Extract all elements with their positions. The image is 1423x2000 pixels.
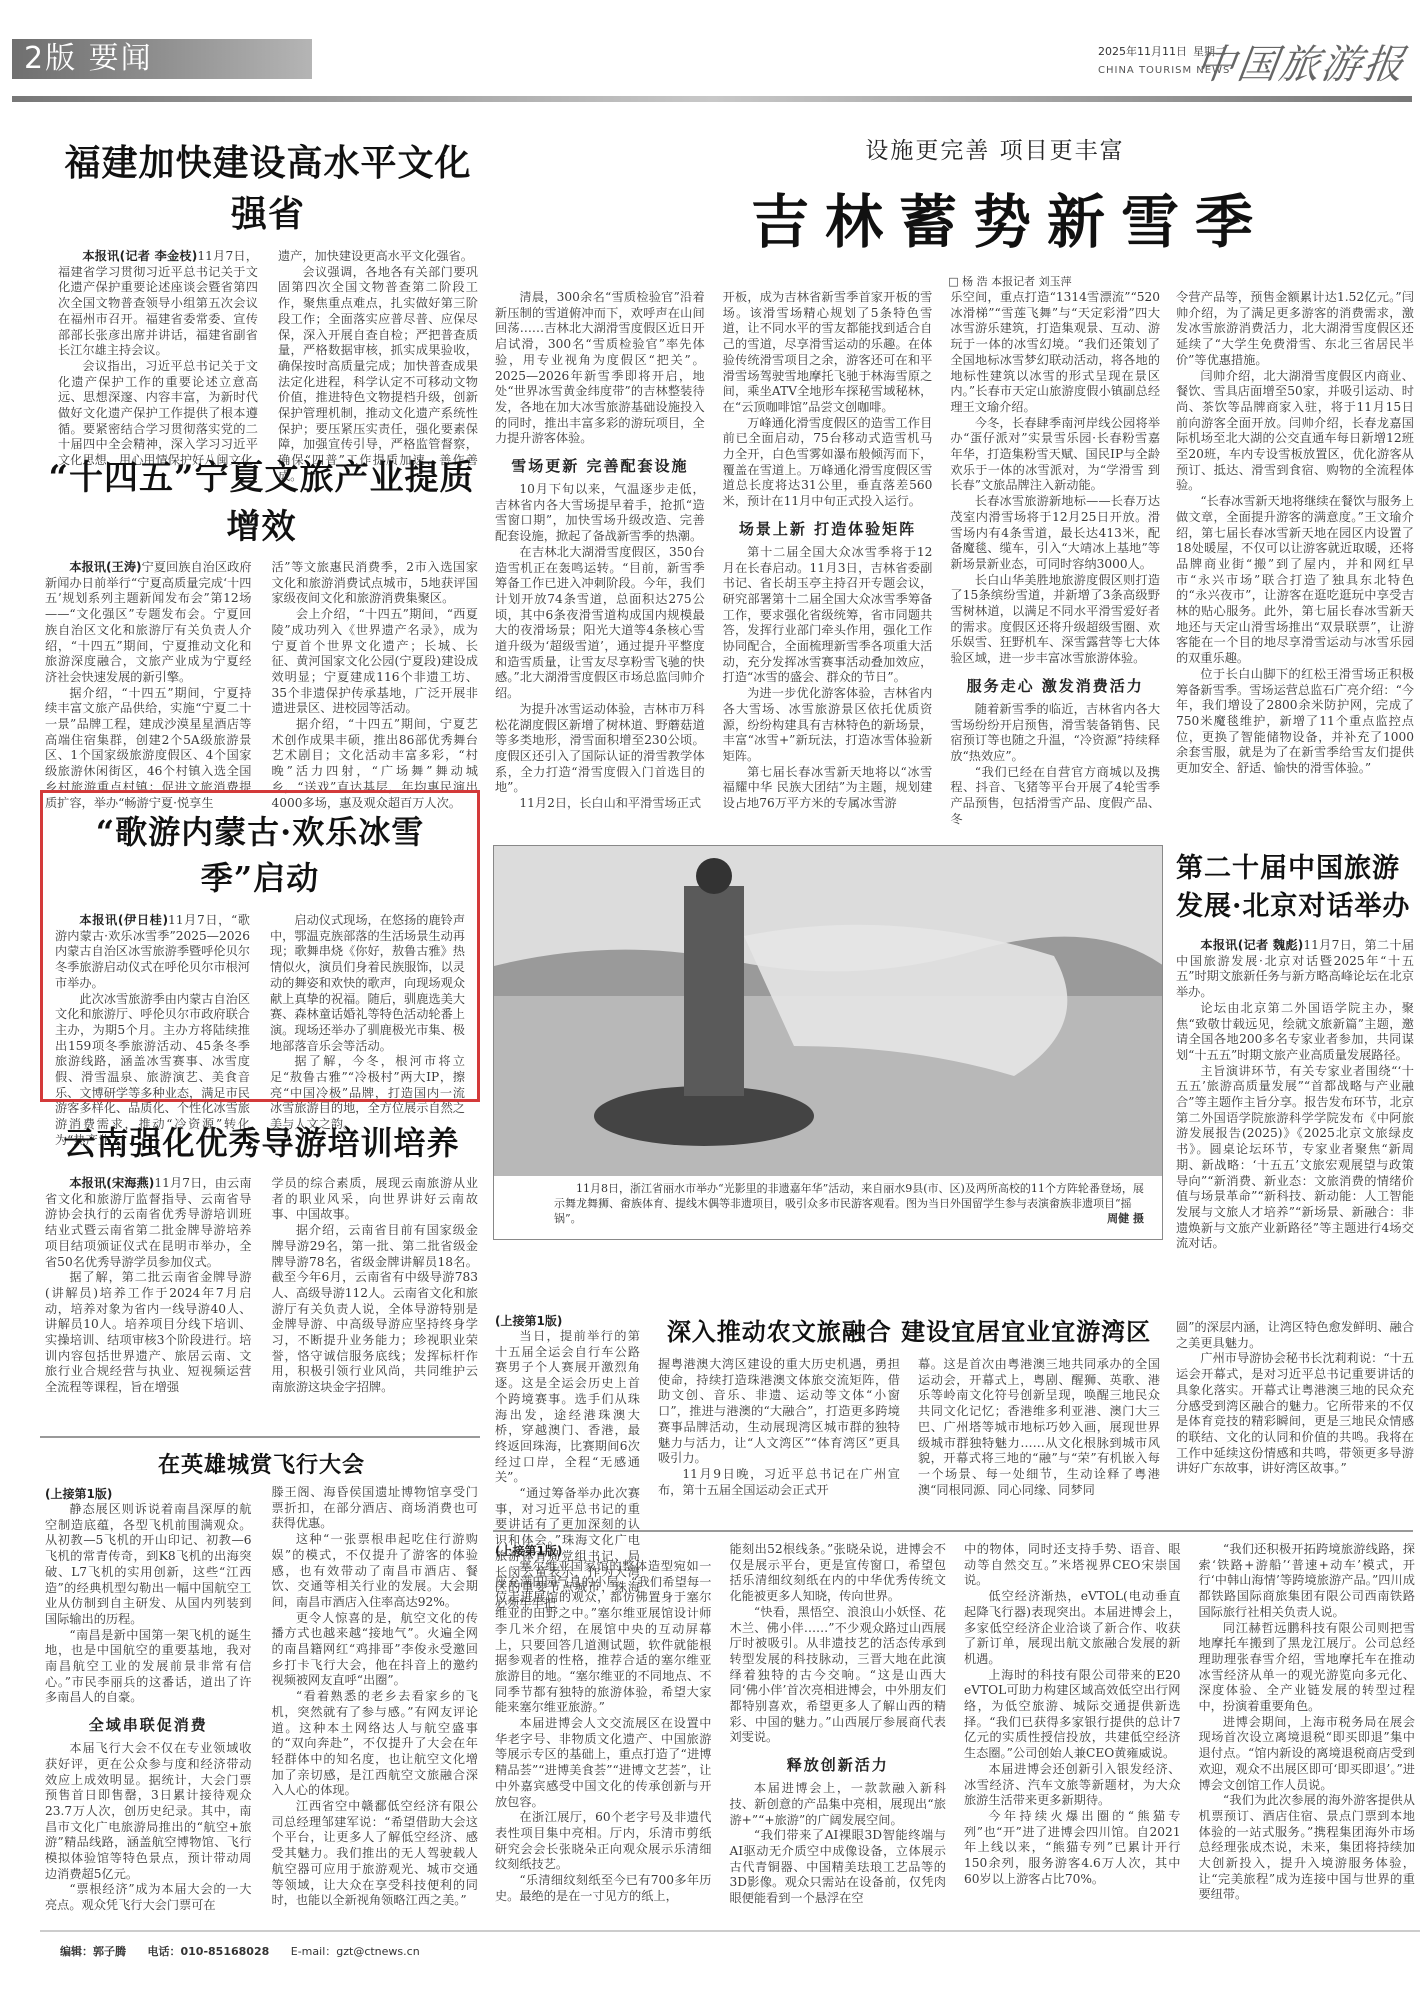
paragraph: 圆”的深层内涵，让湾区特色愈发鲜明、融合之美更具魅力。 [1176, 1320, 1414, 1351]
email-link[interactable]: E-mail：gzt@ctnews.cn [291, 1945, 420, 1958]
photo-caption: 11月8日，浙江省丽水市举办“光影里的非遗嘉年华”活动，来自丽水9县(市、区)及… [554, 1181, 1144, 1226]
photo-image [494, 846, 1162, 1176]
byline: □ 杨 浩 本报记者 刘玉萍 [490, 273, 1420, 289]
paragraph: 第十二届全国大众冰雪季将于12月在长春启动。11月3日，吉林省委副书记、省长胡玉… [723, 545, 933, 686]
footer-rule [40, 1930, 1420, 1932]
paragraph: 本届进博会上，一款款融入新科技、新创意的产品集中亮相，展现出“旅游+”“+旅游”… [730, 1781, 947, 1828]
paragraph: 主旨演讲环节，有关专家业者围绕“‘十五五’旅游高质量发展”“首都战略与产业融合”… [1176, 1064, 1414, 1252]
paragraph: 10月下旬以来，气温逐步走低，吉林省内各大雪场提早着手，抢抓“造雪窗口期”，加快… [495, 482, 705, 545]
paragraph: 今冬，长春肆季南河岸线公园将举办“蛋仔派对”实景雪乐园·长春粉雪嘉年华，打造集粉… [950, 416, 1160, 495]
article-yunnan: 云南强化优秀导游培训培养 本报讯(宋海燕)11月7日，由云南省文化和旅游厅监督指… [45, 1118, 478, 1396]
masthead: 2版 要闻 2025年11月11日星期二 CHINA TOURISM NEWS … [12, 33, 1412, 93]
paragraph: “我们已经在自营官方商城以及携程、抖音、飞猪等平台开展了4轮雪季产品预售，包括滑… [950, 765, 1160, 828]
paragraph: 静态展区则诉说着南昌深厚的航空制造底蕴，各型飞机前围满观众。从初教—5飞机的开山… [45, 1502, 252, 1628]
news-photo: 11月8日，浙江省丽水市举办“光影里的非遗嘉年华”活动，来自丽水9县(市、区)及… [493, 845, 1163, 1240]
paragraph: 本届飞行大会不仅在专业领域收获好评，更在公众参与度和经济带动效应上成效明显。据统… [45, 1741, 252, 1882]
editor: 编辑：郭子腾 [60, 1945, 126, 1958]
article-jinbohui: (上接第1版) 塞尔维亚国家馆的整体造型宛如一座充满田园气息的小屋。“我们希望每… [495, 1542, 1415, 1907]
paragraph: 据介绍，云南省目前有国家级金牌导游29名，第一批、第二批省级金牌导游78名，省级… [272, 1223, 479, 1396]
paragraph: 滕王阁、海昏侯国遗址博物馆享受门票折扣，在部分酒店、商场消费也可获得优惠。 [272, 1485, 479, 1532]
paragraph: 广州市导游协会秘书长沈莉莉说：“十五运会开幕式，是对习近平总书记重要讲话的具象化… [1176, 1351, 1414, 1477]
continued-label: (上接第1版) [45, 1485, 252, 1502]
article-title: “十四五”宁夏文旅产业提质增效 [45, 450, 478, 548]
subheading: 雪场更新 完善配套设施 [495, 455, 705, 476]
paragraph: “乐清细纹刻纸至今已有700多年历史。最绝的是在一寸见方的纸上， [495, 1873, 712, 1904]
article-beijing: 第二十届中国旅游发展·北京对话举办 本报讯(记者 魏彪)11月7日，第二十届中国… [1176, 850, 1414, 1252]
paragraph: “南昌是新中国第一架飞机的诞生地，也是中国航空的重要基地，我对南昌航空工业的发展… [45, 1628, 252, 1707]
paragraph: 随着新雪季的临近，吉林省内各大雪场纷纷开启预售，滑雪装备销售、民宿预订等也随之升… [950, 702, 1160, 765]
divider [40, 1436, 480, 1438]
article-title: 深入推动农文旅融合 建设宜居宜业宜游湾区 [658, 1312, 1160, 1347]
performer-illustration-icon [494, 846, 1163, 1176]
paragraph: 活”等文旅惠民消费季，2市入选国家文化和旅游消费试点城市，5地获评国家级夜间文化… [272, 560, 479, 607]
paragraph: 长春冰雪旅游新地标——长春万达茂室内滑雪场将于12月25日开放。滑雪场内有4条雪… [950, 494, 1160, 573]
paragraph: 为进一步优化游客体验，吉林省内各大雪场、冰雪旅游景区依托优质资源，纷纷构建具有吉… [723, 686, 933, 765]
paragraph: 本报讯(记者 李金枝)11月7日，福建省学习贯彻习近平总书记关于文化遗产保护重要… [58, 249, 258, 359]
newspaper-logo: 中国旅游报 [1192, 33, 1410, 90]
paragraph: 当日，提前举行的第十五届全运会自行车公路赛男子个人赛展开激烈角逐。这是全运会历史… [495, 1329, 640, 1486]
article-wanqu-col4: 圆”的深层内涵，让湾区特色愈发鲜明、融合之美更具魅力。 广州市导游协会秘书长沈莉… [1176, 1320, 1414, 1477]
issue-date: 2025年11月11日 [1098, 45, 1187, 58]
paragraph: 这种“一张票根串起吃住行游购娱”的模式，不仅提升了游客的体验感，也有效带动了南昌… [272, 1532, 479, 1611]
paragraph: 江西省空中赣鄱低空经济有限公司总经理邹建军说：“希望借助大会这个平台，让更多人了… [272, 1799, 479, 1909]
paragraph: “快看，黑悟空、浪浪山小妖怪、花木兰、佛小伴……”不少观众路过山西展厅时被吸引。… [730, 1605, 947, 1746]
paragraph: 本报讯(记者 魏彪)11月7日，第二十届中国旅游发展·北京对话暨2025年“十五… [1176, 938, 1414, 1001]
subheading: 场景上新 打造体验矩阵 [723, 518, 933, 539]
paragraph: 上海时的科技有限公司带来的E20 eVTOL可助力构建区域高效低空出行网络，为低… [964, 1668, 1181, 1762]
paragraph: 万峰通化滑雪度假区的造雪工作目前已全面启动，75台移动式造雪机马力全开，白色雪雾… [723, 416, 933, 510]
paragraph: 进博会期间，上海市税务局在展会现场首次设立离境退税“即买即退”集中退付点。“馆内… [1199, 1715, 1416, 1794]
paragraph: 幕。这是首次由粤港澳三地共同承办的全国运动会，开幕式上，粤剧、醒狮、英歌、港乐等… [918, 1357, 1160, 1498]
paragraph: 11月2日，长白山和平滑雪场正式 [495, 796, 705, 812]
paragraph: “我们还积极开拓跨境旅游线路，探索‘铁路+游船’‘普速+动车’模式，开行‘中韩山… [1199, 1542, 1416, 1621]
paragraph: 位于长白山脚下的红松王滑雪场正积极筹备新雪季。雪场运营总监石广亮介绍：“今年，我… [1176, 667, 1414, 777]
paragraph: 开板，成为吉林省新雪季首家开板的雪场。该滑雪场精心规划了5条特色雪道，让不同水平… [723, 290, 933, 416]
paragraph: “看着熟悉的老乡去看家乡的飞机，突然就有了参与感。”有网友评论道。这种本土网络达… [272, 1689, 479, 1799]
paragraph: 能刻出52根线条。”张晓朵说，进博会不仅是展示平台，更是宣传窗口，希望包括乐清细… [730, 1542, 947, 1605]
article-jilin-body: 清晨，300余名“雪质检验官”沿着新压制的雪道俯冲而下，欢呼声在山间回荡……吉林… [495, 290, 1160, 828]
paragraph: 低空经济渐热，eVTOL(电动垂直起降飞行器)表现突出。本届进博会上，多家低空经… [964, 1589, 1181, 1668]
subheading: 服务走心 激发消费活力 [950, 675, 1160, 696]
paragraph: 令营产品等，预售金额累计达1.52亿元。”闫帅介绍，为了满足更多游客的消费需求，… [1176, 290, 1414, 369]
continued-label: (上接第1版) [495, 1542, 712, 1559]
article-title: 吉林蓄势新雪季 [490, 175, 1420, 259]
paragraph: “我们带来了AI裸眼3D智能终端与AI驱动无介质空中成像设备，立体展示古代青铜器… [730, 1828, 947, 1907]
paragraph: 11月9日晚，习近平总书记在广州宣布，第十五届全国运动会正式开 [658, 1467, 900, 1498]
paragraph: “票根经济”成为本届大会的一大亮点。观众凭飞行大会门票可在 [45, 1882, 252, 1913]
paragraph: “我们为此次参展的海外游客提供从机票预订、酒店住宿、景点门票到本地体验的一站式服… [1199, 1793, 1416, 1903]
phone: 电话：010-85168028 [148, 1945, 270, 1958]
subheading: 全域串联促消费 [45, 1714, 252, 1735]
paragraph: 在浙江展厅，60个老字号及非遗代表性项目集中亮相。厅内，乐清市剪纸研究会会长张晓… [495, 1810, 712, 1873]
continued-label: (上接第1版) [495, 1312, 640, 1329]
section-label: 2版 要闻 [12, 39, 312, 79]
top-rule [12, 96, 1412, 102]
paragraph: 为提升冰雪运动体验，吉林市万科松花湖度假区新增了树林道、野蘑菇道等多类地形，滑雪… [495, 702, 705, 796]
paragraph: 握粤港澳大湾区建设的重大历史机遇，勇担使命，持续打造珠港澳文体旅交流矩阵，借助文… [658, 1357, 900, 1467]
article-neimenggu: “歌游内蒙古·欢乐冰雪季”启动 本报讯(伊日桂)11月7日，“歌游内蒙古·欢乐冰… [40, 790, 480, 1102]
article-title: 云南强化优秀导游培训培养 [45, 1118, 478, 1164]
article-ningxia: “十四五”宁夏文旅产业提质增效 本报讯(王涛)宁夏回族自治区政府新闻办日前举行“… [45, 450, 478, 811]
paragraph: 清晨，300余名“雪质检验官”沿着新压制的雪道俯冲而下，欢呼声在山间回荡……吉林… [495, 290, 705, 447]
article-title: 在英雄城赏飞行大会 [45, 1448, 478, 1479]
article-title: 福建加快建设高水平文化强省 [58, 135, 478, 237]
paragraph: 据了解，第二批云南省金牌导游(讲解员)培养工作于2024年7月启动，培养对象为省… [45, 1270, 252, 1396]
paragraph: 遗产，加快建设更高水平文化强省。 [278, 249, 478, 265]
paragraph: 中的物体，同时还支持手势、语音、眼动等自然交互。”米塔视界CEO宋崇国说。 [964, 1542, 1181, 1589]
subheading: 释放创新活力 [730, 1754, 947, 1775]
paragraph: 本报讯(王涛)宁夏回族自治区政府新闻办日前举行“宁夏高质量完成‘十四五’规划系列… [45, 560, 252, 686]
paragraph: 本报讯(宋海燕)11月7日，由云南省文化和旅游厅监督指导、云南省导游协会执行的云… [45, 1176, 252, 1270]
article-yingxiong: 在英雄城赏飞行大会 (上接第1版) 静态展区则诉说着南昌深厚的航空制造底蕴，各型… [45, 1448, 478, 1914]
paragraph: 长白山华美胜地旅游度假区则打造了15条缤纷雪道，并新增了3条高级野雪树林道，以满… [950, 573, 1160, 667]
footer: 编辑：郭子腾 电话：010-85168028 E-mail：gzt@ctnews… [60, 1943, 438, 1959]
paragraph: 乐空间，重点打造“1314雪漂流”“520冰滑梯”“雪莲飞舞”与“天定彩滑”四大… [950, 290, 1160, 416]
paragraph: 本届进博会还创新引入银发经济、冰雪经济、汽车文旅等新题材，为大众旅游生活带来更多… [964, 1762, 1181, 1809]
paragraph: 更令人惊喜的是，航空文化的传播方式也越来越“接地气”。火遍全网的南昌籍网红“鸡排… [272, 1611, 479, 1690]
paragraph: 启动仪式现场，在悠扬的鹿铃声中，鄂温克族部落的生活场景生动再现；歌舞串烧《你好，… [270, 913, 465, 1054]
paragraph: 第七届长春冰雪新天地将以“冰雪福耀中华 民族大团结”为主题，规划建设占地76万平… [723, 765, 933, 812]
kicker: 设施更完善 项目更丰富 [490, 132, 1420, 165]
paragraph: 本报讯(伊日桂)11月7日，“歌游内蒙古·欢乐冰雪季”2025—2026内蒙古自… [55, 913, 250, 992]
paragraph: 本届进博会人文交流展区在设置中华老字号、非物质文化遗产、中国旅游等展示专区的基础… [495, 1716, 712, 1810]
paragraph: 塞尔维亚国家馆的整体造型宛如一座充满田园气息的小屋。“我们希望每一位走进展馆的观… [495, 1559, 712, 1716]
paragraph: 论坛由北京第二外国语学院主办，聚焦“致敬廿载远见，绘就文旅新篇”主题，邀请全国各… [1176, 1001, 1414, 1064]
article-title: 第二十届中国旅游发展·北京对话举办 [1176, 850, 1414, 926]
photo-credit: 周健 摄 [1085, 1211, 1144, 1226]
paragraph: 闫帅介绍，北大湖滑雪度假区内商业、餐饮、雪具店面增至50家，并吸引运动、时尚、茶… [1176, 369, 1414, 495]
article-jilin-col4: 令营产品等，预售金额累计达1.52亿元。”闫帅介绍，为了满足更多游客的消费需求，… [1176, 290, 1414, 777]
paragraph: “长春冰雪新天地将继续在餐饮与服务上做文章，全面提升游客的满意度。”王文瑜介绍，… [1176, 494, 1414, 667]
paragraph: 会上介绍，“十四五”期间，“西夏陵”成功列入《世界遗产名录》，成为宁夏首个世界文… [272, 607, 479, 717]
article-fujian: 福建加快建设高水平文化强省 本报讯(记者 李金枝)11月7日，福建省学习贯彻习近… [58, 135, 478, 485]
paragraph: 在吉林北大湖滑雪度假区，350台造雪机正在轰鸣运转。“目前，新雪季筹备工作已进入… [495, 545, 705, 702]
paragraph: 今年持续火爆出圈的“熊猫专列”也“开”进了进博会四川馆。自2021年上线以来，“… [964, 1809, 1181, 1888]
paragraph: 同江赫哲远鹏科技有限公司则把雪地摩托车搬到了黑龙江展厅。公司总经理助理张春雪介绍… [1199, 1621, 1416, 1715]
divider [493, 1530, 1413, 1532]
article-title: “歌游内蒙古·欢乐冰雪季”启动 [55, 807, 465, 899]
article-jilin-header: 设施更完善 项目更丰富 吉林蓄势新雪季 □ 杨 浩 本报记者 刘玉萍 [490, 132, 1420, 289]
paragraph: 学员的综合素质，展现云南旅游从业者的职业风采，向世界讲好云南故事、中国故事。 [272, 1176, 479, 1223]
